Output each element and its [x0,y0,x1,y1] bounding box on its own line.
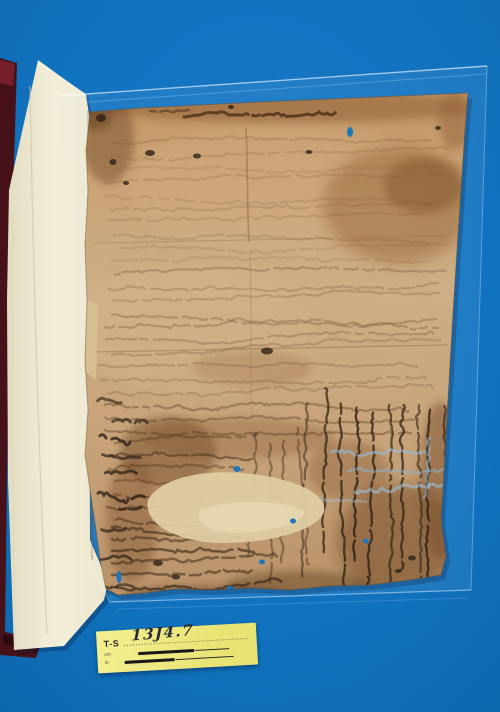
scale-bar: cm in [104,645,250,666]
scale-bar-rule [176,656,234,660]
classmark-prefix: T-S [103,639,119,649]
scale-bar-segment [138,649,194,655]
scale-bar-segment [125,658,175,664]
scale-unit-cm: cm [104,653,114,659]
manuscript-photograph [0,0,500,712]
plastic-sleeve [58,66,487,609]
scale-bar-rule [195,648,229,651]
scale-unit-in: in [105,661,115,667]
classmark-label: T-S 13J4.7 cm in [96,623,258,674]
photo-scene: T-S 13J4.7 cm in [0,0,500,712]
